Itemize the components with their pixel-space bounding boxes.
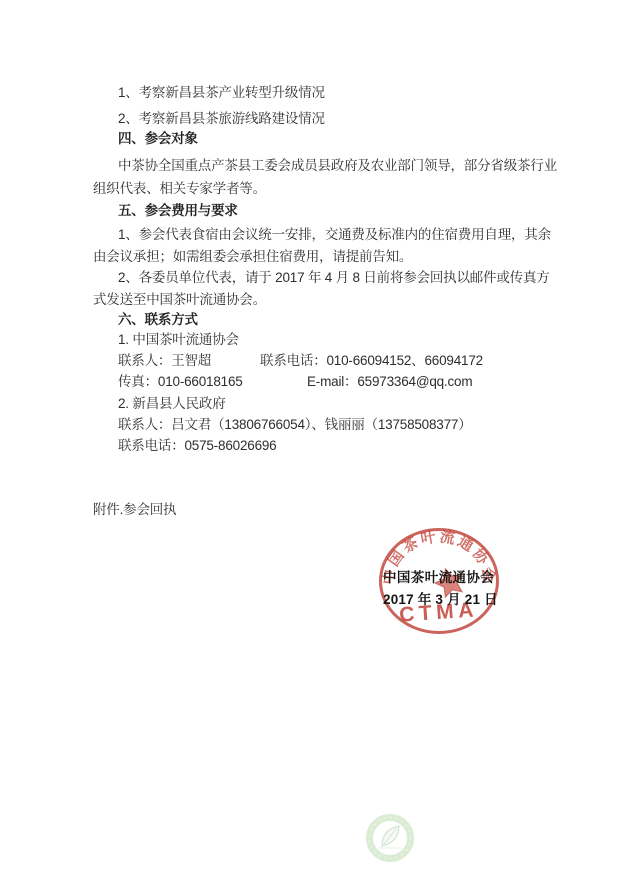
body-line: 式发送至中国茶叶流通协会。 (93, 292, 266, 308)
body-line: 联系人：吕文君（13806766054）、钱丽丽（13758508377） (118, 417, 472, 433)
body-line: 1. 中国茶叶流通协会 (118, 332, 239, 348)
body-line: E-mail：65973364@qq.com (307, 374, 472, 390)
body-line: 联系电话：010-66094152、66094172 (260, 353, 483, 369)
official-seal: 中国茶叶流通协会 CTMA 中国茶叶流通协会 2017 年 3 月 21 日 (377, 526, 501, 636)
association-watermark (362, 811, 418, 867)
leaf-logo (362, 811, 418, 867)
body-line: 组织代表、相关专家学者等。 (93, 181, 266, 197)
body-line: 1、考察新昌县茶产业转型升级情况 (118, 85, 325, 101)
section-heading: 五、参会费用与要求 (118, 203, 238, 219)
body-line: 传真：010-66018165 (118, 374, 243, 390)
seal-org-line: 中国茶叶流通协会 (383, 566, 495, 586)
body-line: 联系人：王智超 (118, 353, 211, 369)
body-line: 联系电话：0575-86026696 (118, 438, 277, 454)
document-page: 1、考察新昌县茶产业转型升级情况2、考察新昌县茶旅游线路建设情况四、参会对象中茶… (0, 0, 620, 877)
body-line: 1、参会代表食宿由会议统一安排，交通费及标准内的住宿费用自理，其余 (118, 227, 551, 243)
section-heading: 四、参会对象 (118, 131, 198, 147)
section-heading: 六、联系方式 (118, 312, 198, 328)
body-line: 2. 新昌县人民政府 (118, 396, 226, 412)
body-line: 2、各委员单位代表，请于 2017 年 4 月 8 日前将参会回执以邮件或传真方 (118, 270, 550, 286)
body-line: 附件.参会回执 (93, 502, 176, 518)
body-line: 中茶协全国重点产茶县工委会成员县政府及农业部门领导，部分省级茶行业 (118, 158, 557, 174)
body-line: 由会议承担；如需组委会承担住宿费用，请提前告知。 (93, 249, 412, 265)
body-line: 2、考察新昌县茶旅游线路建设情况 (118, 111, 325, 127)
seal-date-line: 2017 年 3 月 21 日 (383, 588, 498, 608)
